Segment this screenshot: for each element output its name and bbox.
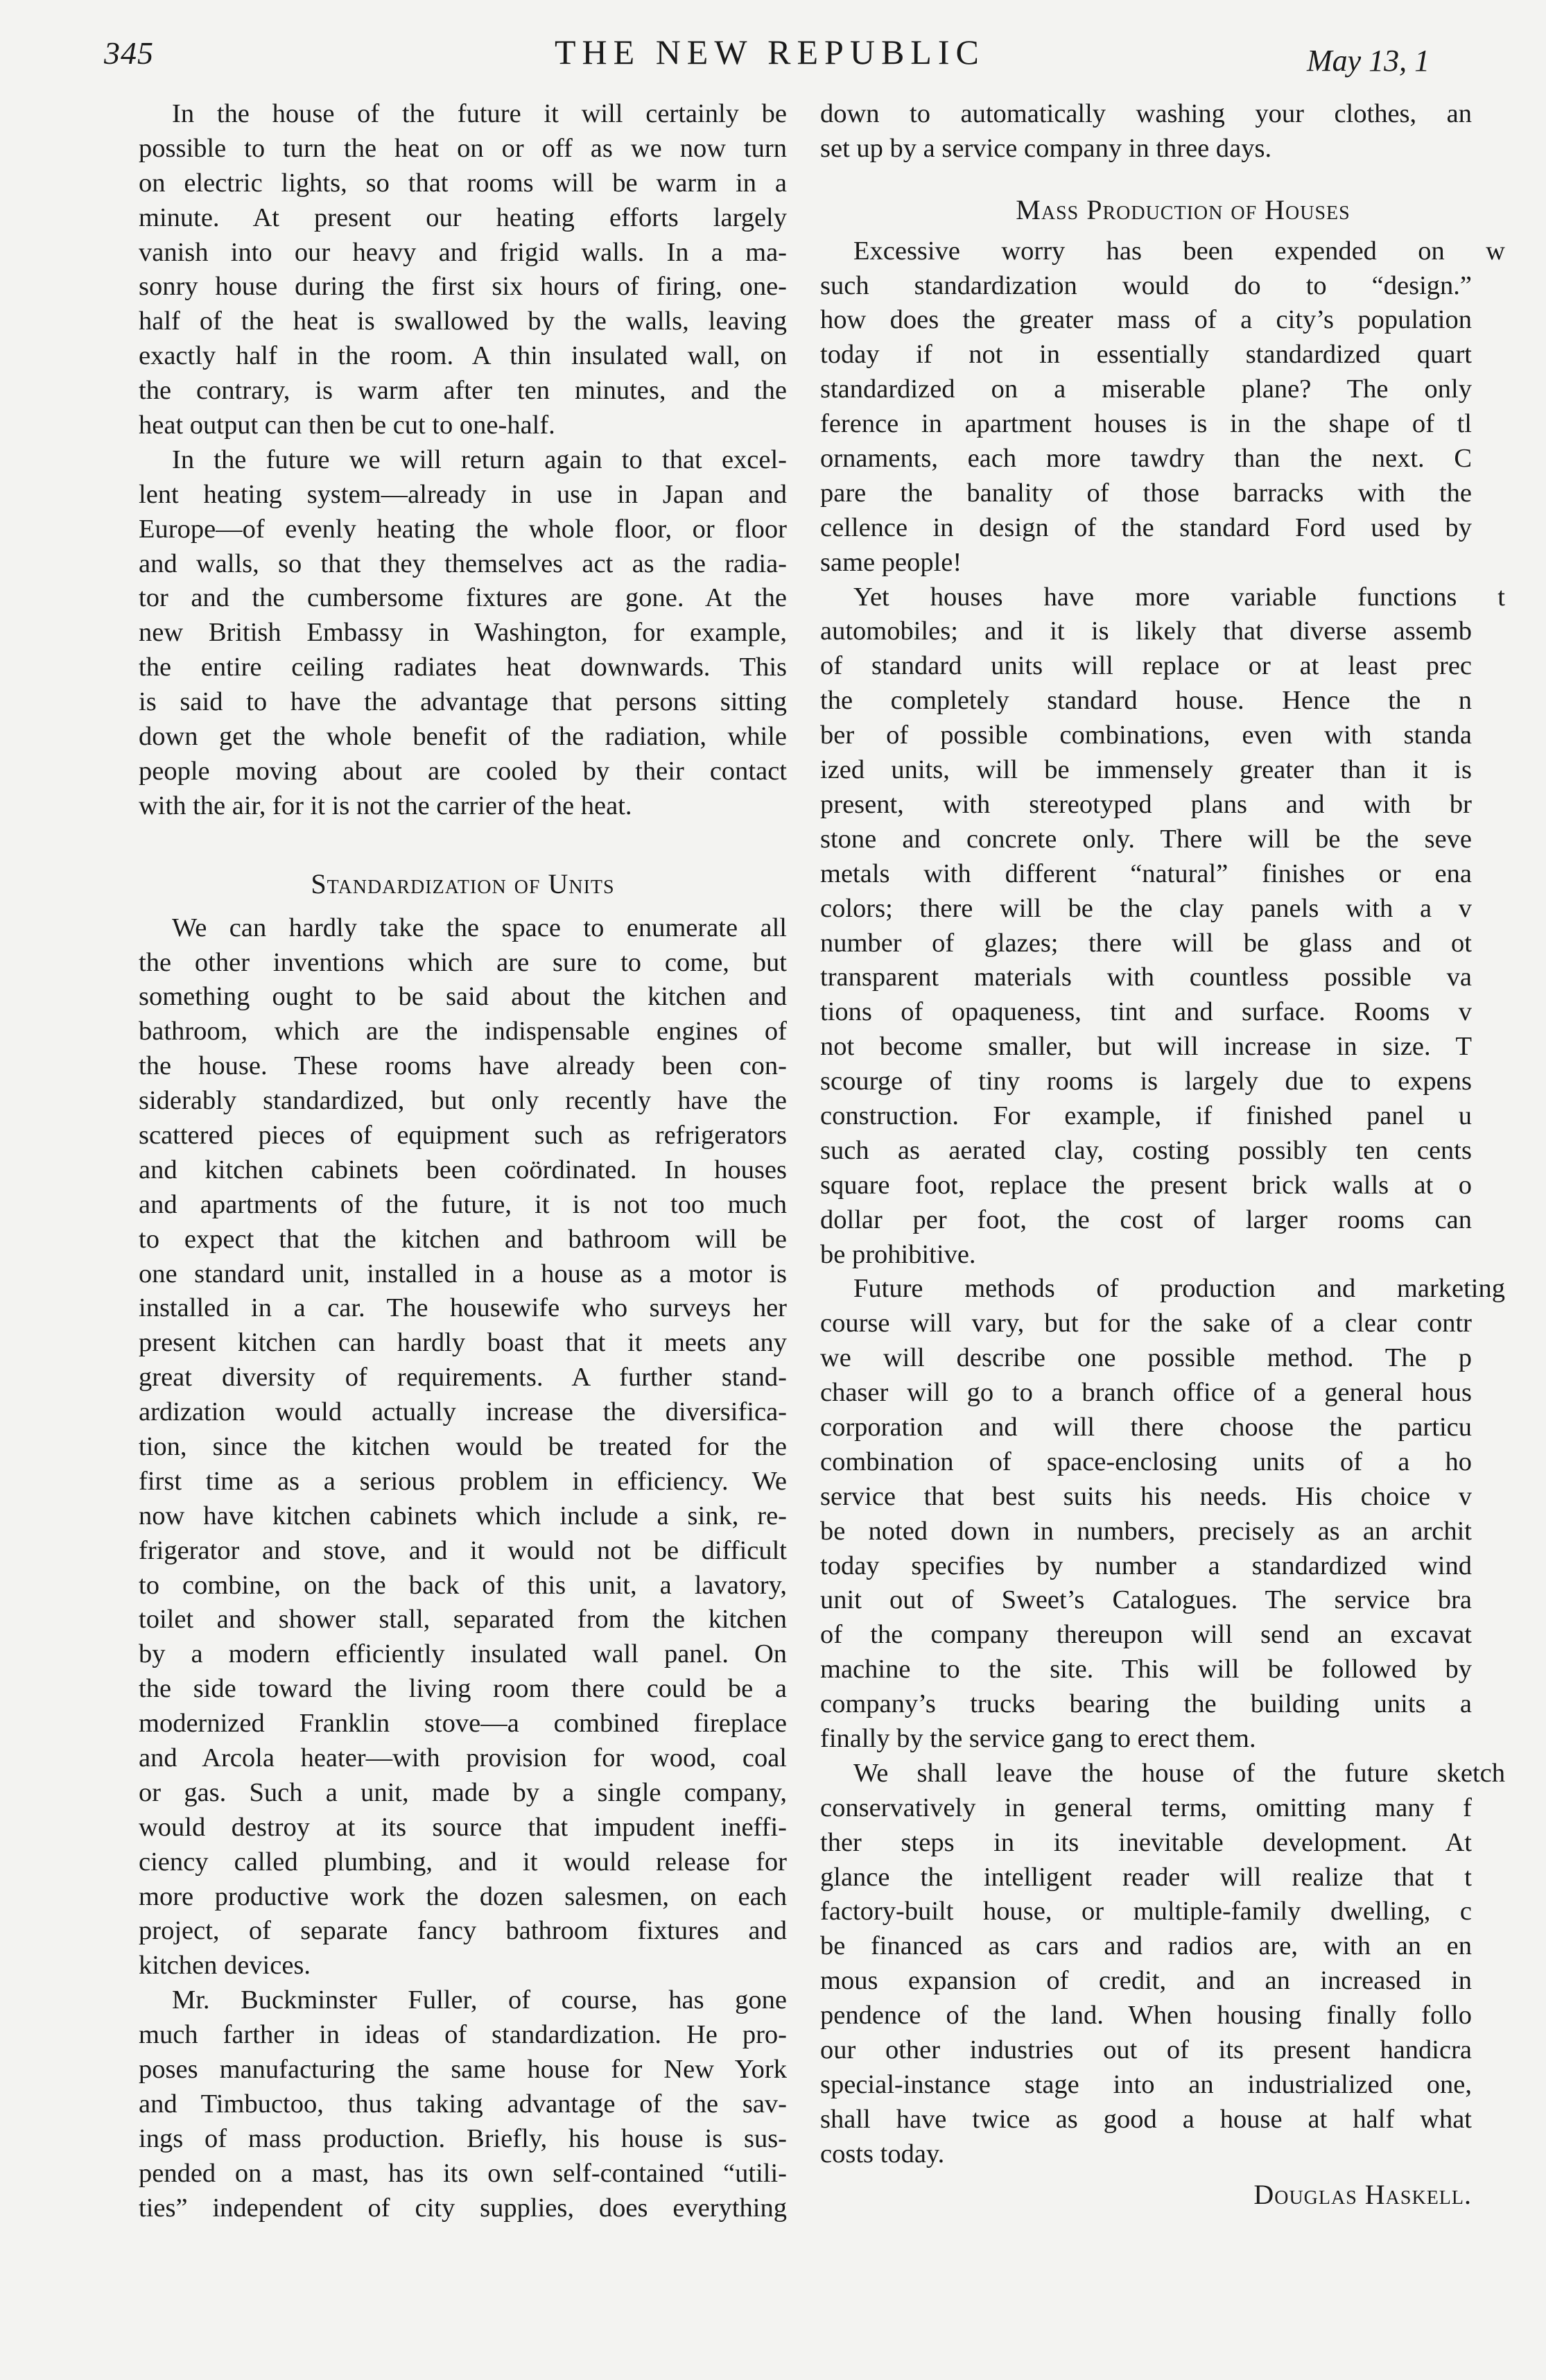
text-line: number of glazes; there will be glass an… xyxy=(820,926,1472,961)
paragraph: Excessive worry has been expended on wsu… xyxy=(820,234,1546,580)
text-line: installed in a car. The housewife who su… xyxy=(139,1291,787,1326)
text-line: kitchen devices. xyxy=(139,1949,787,1983)
text-line: sonry house during the first six hours o… xyxy=(139,270,787,304)
text-line: ther steps in its inevitable development… xyxy=(820,1826,1472,1861)
text-line: shall have twice as good a house at half… xyxy=(820,2103,1472,2137)
text-line: much farther in ideas of standardization… xyxy=(139,2018,787,2053)
text-line: project, of separate fancy bathroom fixt… xyxy=(139,1914,787,1949)
text-line: down get the whole benefit of the radiat… xyxy=(139,720,787,754)
text-line: down to automatically washing your cloth… xyxy=(820,97,1472,132)
text-line: be financed as cars and radios are, with… xyxy=(820,1929,1472,1964)
text-line: siderably standardized, but only recentl… xyxy=(139,1084,787,1119)
text-line: chaser will go to a branch office of a g… xyxy=(820,1376,1472,1411)
text-line: service that best suits his needs. His c… xyxy=(820,1480,1472,1515)
text-line: to expect that the kitchen and bathroom … xyxy=(139,1223,787,1257)
spacer xyxy=(820,2172,1546,2178)
text-line: the other inventions which are sure to c… xyxy=(139,946,787,981)
issue-date: May 13, 1 xyxy=(1307,43,1430,78)
text-line: pended on a mast, has its own self-conta… xyxy=(139,2157,787,2191)
section-heading: Mass Production of Houses xyxy=(820,193,1546,227)
spacer xyxy=(820,166,1546,193)
text-line: such standardization would do to “design… xyxy=(820,269,1472,304)
section-heading: Standardization of Units xyxy=(139,867,787,902)
text-line: lent heating system—already in use in Ja… xyxy=(139,478,787,512)
text-line: such as aerated clay, costing possibly t… xyxy=(820,1134,1472,1169)
text-line: half of the heat is swallowed by the wal… xyxy=(139,304,787,339)
text-line: ber of possible combinations, even with … xyxy=(820,718,1472,753)
text-line: people moving about are cooled by their … xyxy=(139,754,787,789)
left-column: In the house of the future it will certa… xyxy=(139,97,787,2225)
text-line: glance the intelligent reader will reali… xyxy=(820,1861,1472,1895)
text-line: Europe—of evenly heating the whole floor… xyxy=(139,512,787,547)
text-line: or gas. Such a unit, made by a single co… xyxy=(139,1776,787,1811)
text-line: with the air, for it is not the carrier … xyxy=(139,789,787,824)
text-line: the house. These rooms have already been… xyxy=(139,1049,787,1084)
text-line: bathroom, which are the indispensable en… xyxy=(139,1015,787,1049)
text-line: Future methods of production and marketi… xyxy=(820,1272,1505,1307)
page-header: 345 THE NEW REPUBLIC May 13, 1 xyxy=(0,28,1546,83)
text-line: exactly half in the room. A thin insulat… xyxy=(139,339,787,374)
text-line: scourge of tiny rooms is largely due to … xyxy=(820,1064,1472,1099)
text-line: ings of mass production. Briefly, his ho… xyxy=(139,2122,787,2157)
spacer xyxy=(139,824,787,867)
text-line: Mr. Buckminster Fuller, of course, has g… xyxy=(139,1983,787,2018)
text-line: we will describe one possible method. Th… xyxy=(820,1341,1472,1376)
paragraph: In the future we will return again to th… xyxy=(139,443,787,824)
text-line: tor and the cumbersome fixtures are gone… xyxy=(139,581,787,616)
text-line: on electric lights, so that rooms will b… xyxy=(139,166,787,201)
text-line: not become smaller, but will increase in… xyxy=(820,1030,1472,1064)
text-line: pendence of the land. When housing final… xyxy=(820,1999,1472,2033)
text-line: We shall leave the house of the future s… xyxy=(820,1757,1505,1791)
text-line: finally by the service gang to erect the… xyxy=(820,1722,1468,1757)
paragraph: In the house of the future it will certa… xyxy=(139,97,787,443)
text-line: something ought to be said about the kit… xyxy=(139,980,787,1015)
text-line: ornaments, each more tawdry than the nex… xyxy=(820,442,1472,476)
paragraph-continued: down to automatically washing your cloth… xyxy=(820,97,1546,166)
text-line: of standard units will replace or at lea… xyxy=(820,649,1472,684)
author-signature: Douglas Haskell. xyxy=(820,2178,1472,2212)
text-line: minute. At present our heating efforts l… xyxy=(139,201,787,236)
text-line: and Arcola heater—with provision for woo… xyxy=(139,1741,787,1776)
text-line: modernized Franklin stove—a combined fir… xyxy=(139,1707,787,1741)
text-line: be noted down in numbers, precisely as a… xyxy=(820,1515,1472,1549)
text-line: dollar per foot, the cost of larger room… xyxy=(820,1203,1472,1238)
text-line: to combine, on the back of this unit, a … xyxy=(139,1569,787,1603)
text-line: stone and concrete only. There will be t… xyxy=(820,822,1472,857)
text-line: the completely standard house. Hence the… xyxy=(820,684,1472,718)
text-line: present, with stereotyped plans and with… xyxy=(820,788,1472,822)
text-line: transparent materials with countless pos… xyxy=(820,960,1472,995)
publication-title: THE NEW REPUBLIC xyxy=(555,32,985,72)
text-line: the entire ceiling radiates heat downwar… xyxy=(139,650,787,685)
text-line: and apartments of the future, it is not … xyxy=(139,1188,787,1223)
text-line: toilet and shower stall, separated from … xyxy=(139,1603,787,1637)
spacer xyxy=(820,227,1546,234)
text-line: one standard unit, installed in a house … xyxy=(139,1257,787,1292)
text-line: colors; there will be the clay panels wi… xyxy=(820,892,1472,926)
text-line: present kitchen can hardly boast that it… xyxy=(139,1326,787,1361)
text-line: poses manufacturing the same house for N… xyxy=(139,2053,787,2087)
text-line: costs today. xyxy=(820,2137,1468,2172)
text-line: possible to turn the heat on or off as w… xyxy=(139,132,787,166)
text-line: how does the greater mass of a city’s po… xyxy=(820,303,1472,338)
spacer xyxy=(139,902,787,911)
text-line: ardization would actually increase the d… xyxy=(139,1395,787,1430)
text-line: vanish into our heavy and frigid walls. … xyxy=(139,236,787,270)
text-line: today specifies by number a standardized… xyxy=(820,1549,1472,1584)
text-line: ized units, will be immensely greater th… xyxy=(820,753,1472,788)
text-line: is said to have the advantage that perso… xyxy=(139,685,787,720)
text-line: unit out of Sweet’s Catalogues. The serv… xyxy=(820,1583,1472,1618)
text-line: conservatively in general terms, omittin… xyxy=(820,1791,1472,1826)
text-line: construction. For example, if finished p… xyxy=(820,1099,1472,1134)
text-line: course will vary, but for the sake of a … xyxy=(820,1307,1472,1341)
text-line: factory-built house, or multiple-family … xyxy=(820,1895,1472,1929)
paragraph: We can hardly take the space to enumerat… xyxy=(139,911,787,1984)
text-line: the contrary, is warm after ten minutes,… xyxy=(139,374,787,408)
text-line: In the future we will return again to th… xyxy=(139,443,787,478)
text-line: mous expansion of credit, and an increas… xyxy=(820,1964,1472,1999)
text-line: Yet houses have more variable functions … xyxy=(820,580,1505,615)
text-line: and Timbuctoo, thus taking advantage of … xyxy=(139,2087,787,2122)
text-line: combination of space-enclosing units of … xyxy=(820,1445,1472,1480)
text-line: new British Embassy in Washington, for e… xyxy=(139,616,787,650)
text-line: tion, since the kitchen would be treated… xyxy=(139,1430,787,1465)
text-line: more productive work the dozen salesmen,… xyxy=(139,1880,787,1915)
text-line: first time as a serious problem in effic… xyxy=(139,1465,787,1499)
text-line: We can hardly take the space to enumerat… xyxy=(139,911,787,946)
text-line: ciency called plumbing, and it would rel… xyxy=(139,1845,787,1880)
text-line: cellence in design of the standard Ford … xyxy=(820,511,1472,546)
text-line: In the house of the future it will certa… xyxy=(139,97,787,132)
text-line: and walls, so that they themselves act a… xyxy=(139,547,787,582)
text-line: frigerator and stove, and it would not b… xyxy=(139,1534,787,1569)
text-line: pare the banality of those barracks with… xyxy=(820,476,1472,511)
text-line: tions of opaqueness, tint and surface. R… xyxy=(820,995,1472,1030)
text-line: Excessive worry has been expended on w xyxy=(820,234,1505,269)
text-line: ference in apartment houses is in the sh… xyxy=(820,407,1472,442)
magazine-page: 345 THE NEW REPUBLIC May 13, 1 In the ho… xyxy=(0,0,1546,2380)
text-line: great diversity of requirements. A furth… xyxy=(139,1361,787,1395)
text-line: of the company thereupon will send an ex… xyxy=(820,1618,1472,1653)
text-line: square foot, replace the present brick w… xyxy=(820,1169,1472,1203)
text-line: heat output can then be cut to one-half. xyxy=(139,408,787,443)
text-line: same people! xyxy=(820,546,1468,580)
paragraph: Mr. Buckminster Fuller, of course, has g… xyxy=(139,1983,787,2225)
text-line: machine to the site. This will be follow… xyxy=(820,1653,1472,1687)
text-line: our other industries out of its present … xyxy=(820,2033,1472,2068)
page-number: 345 xyxy=(104,35,154,71)
text-line: corporation and will there choose the pa… xyxy=(820,1411,1472,1445)
text-line: the side toward the living room there co… xyxy=(139,1672,787,1707)
paragraph: We shall leave the house of the future s… xyxy=(820,1757,1546,2172)
text-line: ties” independent of city supplies, does… xyxy=(139,2191,787,2226)
text-line: by a modern efficiently insulated wall p… xyxy=(139,1637,787,1672)
paragraph: Yet houses have more variable functions … xyxy=(820,580,1546,1273)
text-line: now have kitchen cabinets which include … xyxy=(139,1499,787,1534)
text-line: set up by a service company in three day… xyxy=(820,132,1468,166)
text-line: and kitchen cabinets been coördinated. I… xyxy=(139,1153,787,1188)
text-line: automobiles; and it is likely that diver… xyxy=(820,614,1472,649)
text-line: today if not in essentially standardized… xyxy=(820,338,1472,372)
text-line: scattered pieces of equipment such as re… xyxy=(139,1119,787,1153)
text-line: standardized on a miserable plane? The o… xyxy=(820,372,1472,407)
text-line: company’s trucks bearing the building un… xyxy=(820,1687,1472,1722)
paragraph: Future methods of production and marketi… xyxy=(820,1272,1546,1756)
text-line: metals with different “natural” finishes… xyxy=(820,857,1472,892)
text-line: special-instance stage into an industria… xyxy=(820,2068,1472,2103)
right-column: down to automatically washing your cloth… xyxy=(820,97,1546,2211)
text-line: be prohibitive. xyxy=(820,1238,1468,1273)
text-line: would destroy at its source that impuden… xyxy=(139,1811,787,1845)
